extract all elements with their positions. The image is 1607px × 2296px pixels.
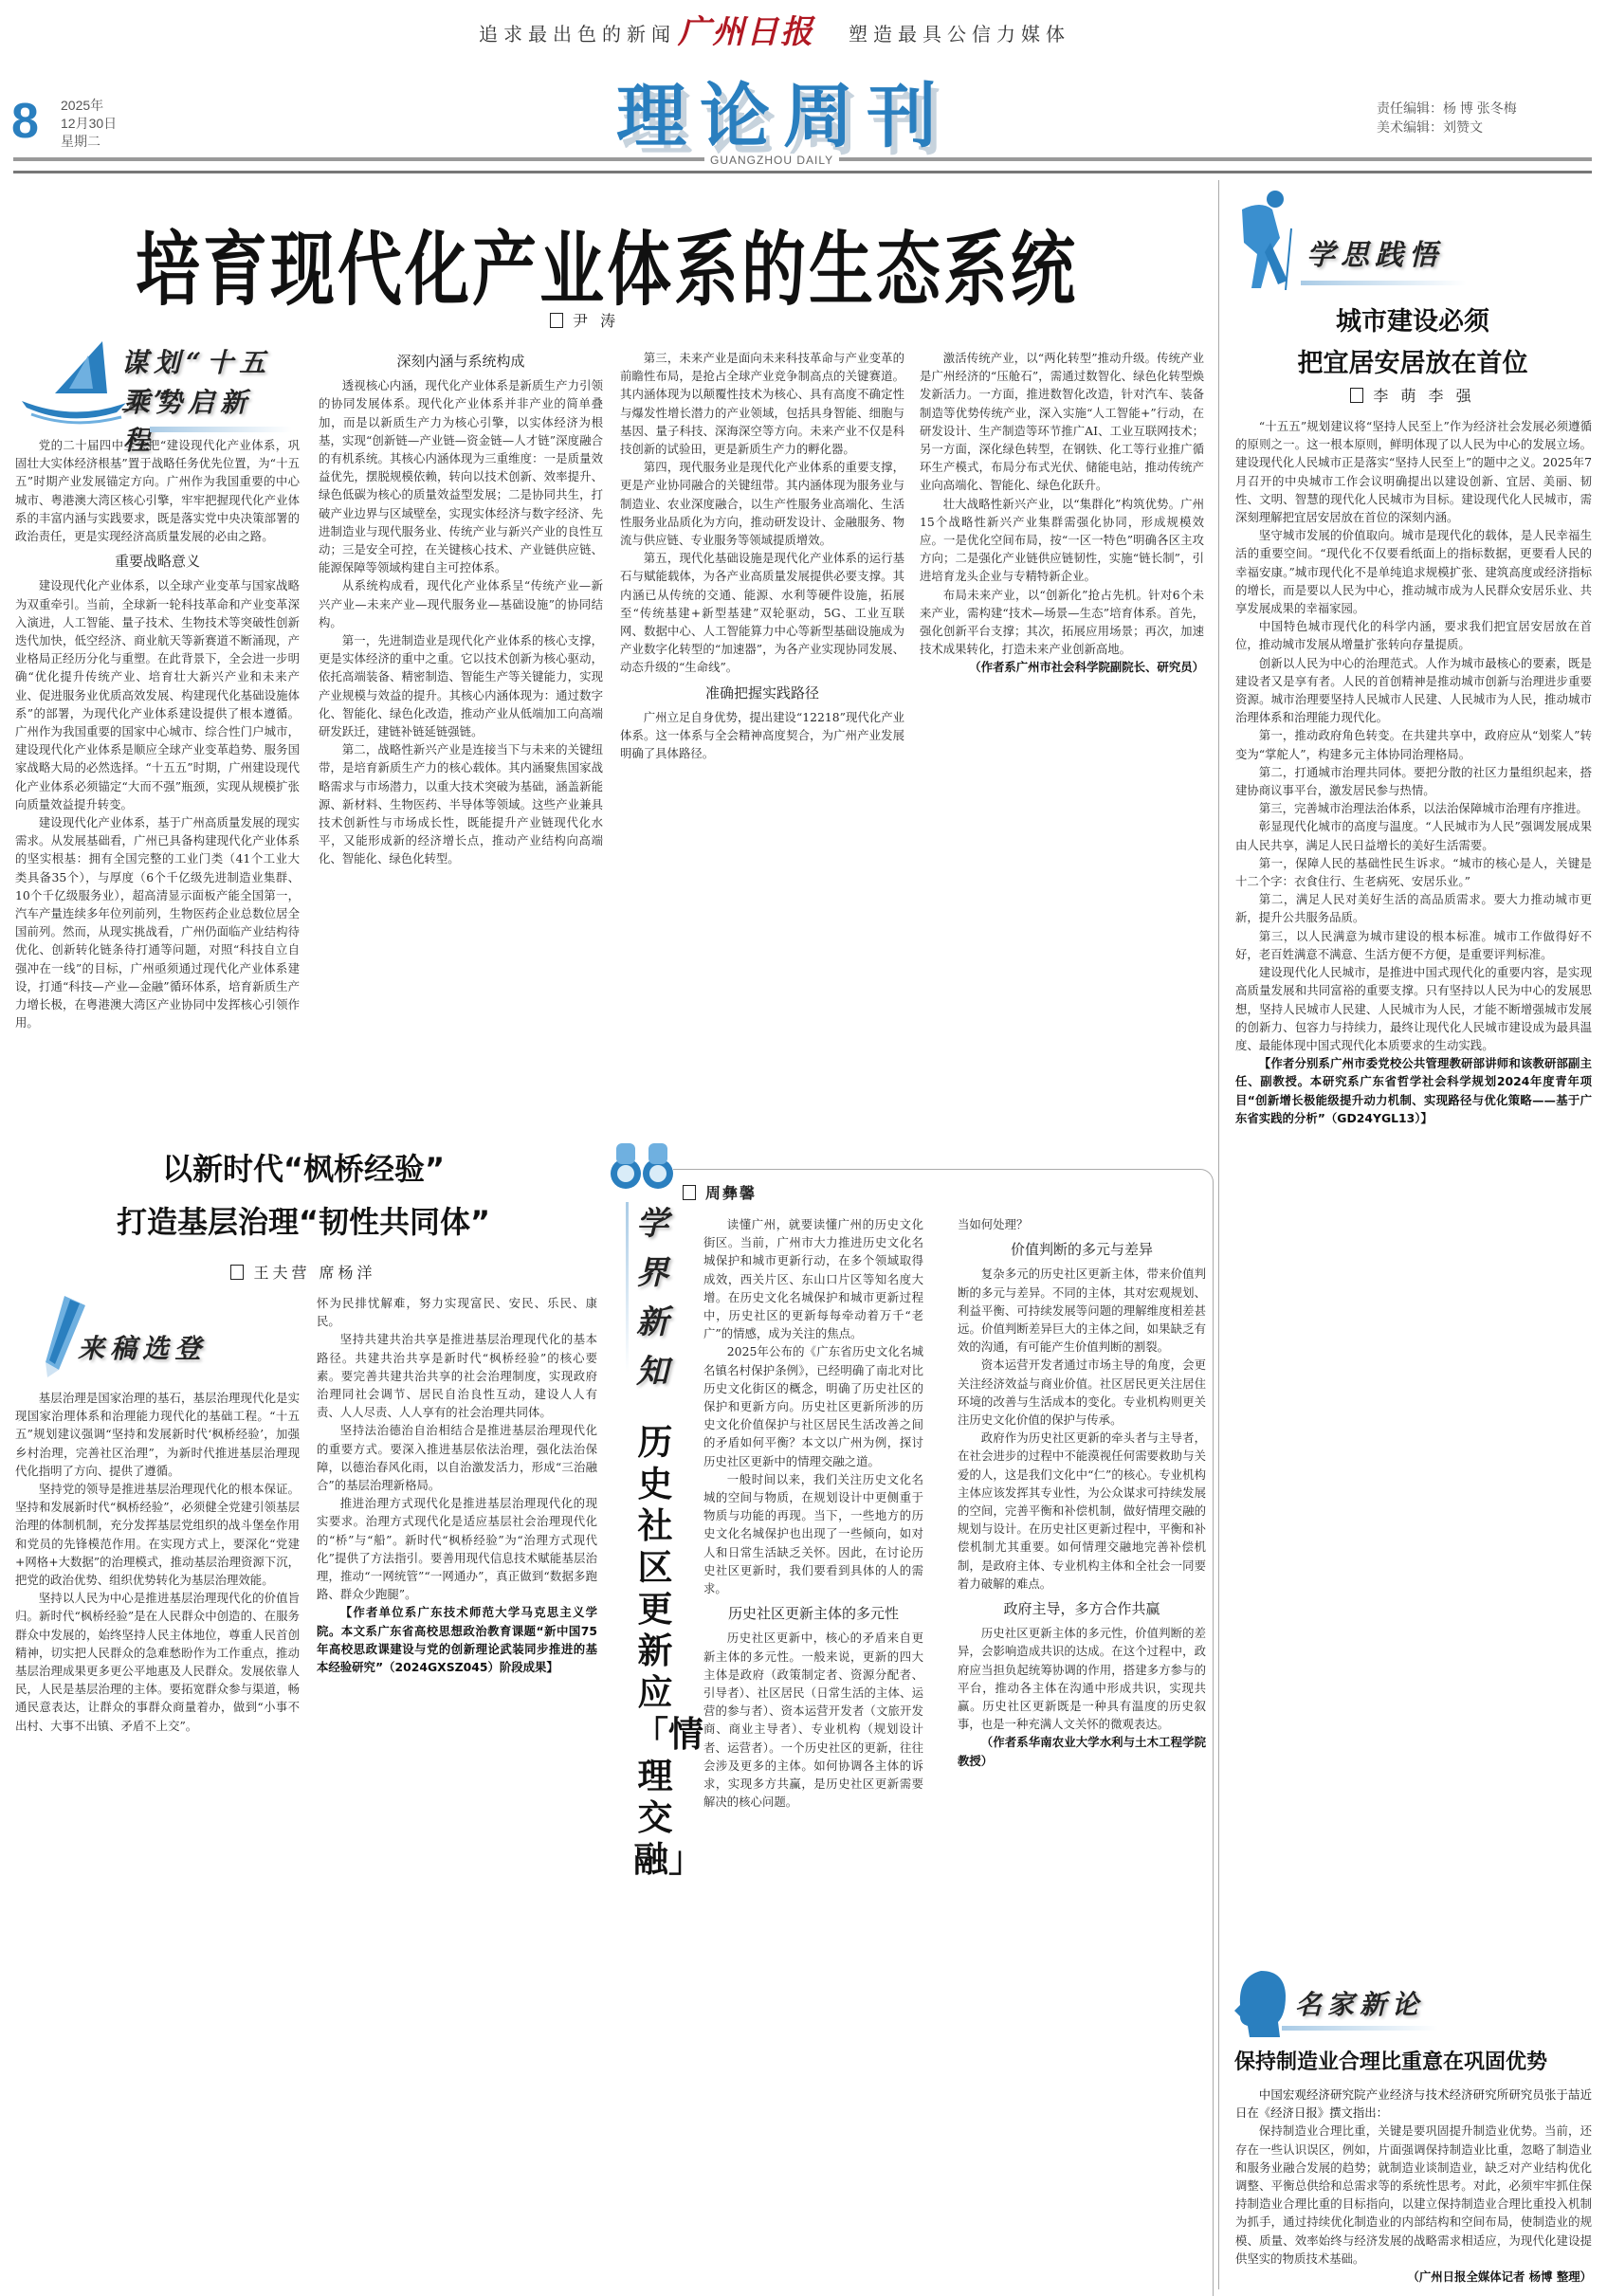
art-editor-line: 美术编辑：刘赞文 [1377,118,1517,137]
profile-head-icon [1233,1967,1289,2038]
hiker-icon [1233,186,1304,290]
paragraph: 坚守城市发展的价值取向。城市是现代化的载体，是人民幸福生活的重要空间。“现代化不… [1235,526,1592,617]
famous-headline: 保持制造业合理比重意在巩固优势 [1234,2046,1595,2075]
history-column-1: 读懂广州，就要读懂广州的历史文化街区。当前，广州市大力推进历史文化名城保护和城市… [703,1215,923,2296]
paragraph: 怀为民排忧解难，努力实现富民、安民、乐民、康民。 [317,1294,597,1330]
paragraph: 第三，以人民满意为城市建设的根本标准。城市工作做得好不好，老百姓满意不满意、生活… [1235,927,1592,963]
masthead-rule-lower [13,171,1592,173]
paragraph: 政府作为历史社区更新的牵头者与主导者，在社会进步的过程中不能漠视任何需要救助与关… [958,1429,1206,1593]
newspaper-logo: 广州日报 [678,6,814,52]
banner-underline [1301,281,1467,285]
editor-credits: 责任编辑：杨 博 张冬梅 美术编辑：刘赞文 [1377,99,1517,137]
section-title: 理论周刊 [616,61,950,161]
famous-article-body: 中国宏观经济研究院产业经济与技术经济研究所研究员张于喆近日在《经济日报》撰文指出… [1235,2086,1592,2294]
column-banner-pencil: 来稿选登 [38,1294,265,1379]
byline-box-icon [683,1185,696,1200]
author-note: 【作者单位系广东技术师范大学马克思主义学院。本文系广东省高校思想政治教育课题“新… [317,1603,597,1676]
right-article-body: “十五五”规划建议将“坚持人民至上”作为经济社会发展必须遵循的原则之一。这一根本… [1235,417,1592,1915]
history-byline: 周彝馨 [683,1181,757,1203]
paragraph: 彰显现代化城市的高度与温度。“人民城市为人民”强调发展成果由人民共享，满足人民日… [1235,817,1592,853]
paragraph: 建设现代化人民城市，是推进中国式现代化的重要内容，是实现高质量发展和共同富裕的重… [1235,963,1592,1054]
fengqiao-column-1: 基层治理是国家治理的基石，基层治理现代化是实现国家治理体系和治理能力现代化的基础… [15,1389,300,2294]
paragraph: 第五，现代化基础设施是现代化产业体系的运行基石与赋能载体，为各产业高质量发展提供… [620,549,904,676]
right-column-divider [1218,180,1219,2289]
date-day: 12月30日 [61,115,117,133]
paragraph: 党的二十届四中全会把“建设现代化产业体系，巩固壮大实体经济根基”置于战略任务优先… [15,436,300,545]
editor-credit: （广州日报全媒体记者 杨博 整理） [1235,2268,1592,2286]
fengqiao-column-2: 怀为民排忧解难，努力实现富民、安民、乐民、康民。 坚持共建共治共享是推进基层治理… [317,1294,597,2294]
paragraph: 坚持法治德治自治相结合是推进基层治理现代化的重要方式。要深入推进基层依法治理，强… [317,1421,597,1494]
main-headline: 培育现代化产业体系的生态系统 [38,207,1176,321]
paragraph: 第一，保障人民的基础性民生诉求。“城市的核心是人，关键是十二个字：衣食住行、生老… [1235,854,1592,890]
paragraph: 2025年公布的《广东省历史文化名城名镇名村保护条例》，已经明确了南北对比历史文… [703,1342,923,1469]
paragraph: “十五五”规划建议将“坚持人民至上”作为经济社会发展必须遵循的原则之一。这一根本… [1235,417,1592,526]
banner-underline [150,427,292,432]
paragraph: 第二，满足人民对美好生活的高品质需求。要大力推动城市更新，提升公共服务品质。 [1235,890,1592,926]
paragraph: 广州立足自身优势，提出建设“12218”现代化产业体系。这一体系与全会精神高度契… [620,708,904,763]
column-label: 名家新论 [1295,1984,1424,2022]
paragraph: 第二，战略性新兴产业是连接当下与未来的关键纽带，是培育新质生产力的核心载体。其内… [319,740,603,867]
banner-underline [1282,2026,1438,2031]
date-year: 2025年 [61,97,117,115]
author-note: （作者系广州市社会科学院副院长、研究员） [920,658,1204,676]
right-byline: 李 萌 李 强 [1233,384,1593,406]
paragraph: 第一，推动政府角色转变。在共建共享中，政府应从“划桨人”转变为“掌舵人”，构建多… [1235,726,1592,762]
author-note: 【作者分别系广州市委党校公共管理教研部讲师和该教研部副主任、副教授。本研究系广东… [1235,1054,1592,1127]
editor-line: 责任编辑：杨 博 张冬梅 [1377,99,1517,118]
history-author: 周彝馨 [705,1184,757,1202]
issue-date: 2025年 12月30日 星期二 [61,97,117,151]
slogan-right: 塑造最具公信力媒体 [849,19,1070,46]
right-headline: 城市建设必须 把宜居安居放在首位 [1233,301,1593,385]
column-banner-sailboat: 谋划“十五五” 乘势启新程 [17,337,283,431]
main-article-column-4: 激活传统产业，以“两化转型”推动升级。传统产业是广州经济的“压舱石”，需通过数智… [920,349,1204,1100]
paragraph: 透视核心内涵，现代化产业体系是新质生产力引领的协同发展体系。现代化产业体系并非产… [319,376,603,576]
paragraph: 第三，未来产业是面向未来科技革命与产业变革的前瞻性布局，是抢占全球产业竞争制高点… [620,349,904,458]
fengqiao-byline: 王夫营 席杨洋 [19,1261,588,1283]
binoculars-icon [609,1138,675,1194]
headline-line: 城市建设必须 [1233,301,1593,343]
paragraph: 一般时间以来，我们关注历史文化名城的空间与物质，在规划设计中更侧重于物质与功能的… [703,1470,923,1597]
byline-box-icon [550,313,563,328]
paragraph: 当如何处理？ [958,1215,1206,1233]
history-vertical-headline: 历史社区更新应「情理交融」 [633,1422,677,1881]
paragraph: 壮大战略性新兴产业，以“集群化”构筑优势。广州15个战略性新兴产业集群需强化协同… [920,495,1204,586]
main-article-column-1: 党的二十届四中全会把“建设现代化产业体系，巩固壮大实体经济根基”置于战略任务优先… [15,436,300,1100]
column-label: 来稿选登 [78,1328,207,1366]
main-byline: 尹 涛 [550,309,619,331]
fengqiao-author: 王夫营 席杨洋 [253,1264,375,1282]
paper-english-name: GUANGZHOU DAILY [704,154,839,167]
paragraph: 从系统构成看，现代化产业体系呈“传统产业—新兴产业—未来产业—现代服务业—基础设… [319,576,603,631]
paragraph: 第四，现代服务业是现代化产业体系的重要支撑，更是产业协同融合的关键纽带。其内涵体… [620,458,904,549]
page-number: 8 [11,93,39,150]
paragraph: 坚持共建共治共享是推进基层治理现代化的基本路径。共建共治共享是新时代“枫桥经验”… [317,1330,597,1421]
subheading: 历史社区更新主体的多元性 [703,1605,923,1623]
column-label-vertical: 学界新知 [630,1199,675,1396]
paragraph: 历史社区更新主体的多元性，价值判断的差异，会影响造成共识的达成。在这个过程中，政… [958,1624,1206,1733]
date-weekday: 星期二 [61,133,117,151]
subheading: 准确把握实践路径 [620,684,904,702]
paragraph: 读懂广州，就要读懂广州的历史文化街区。当前，广州市大力推进历史文化名城保护和城市… [703,1215,923,1342]
paragraph: 激活传统产业，以“两化转型”推动升级。传统产业是广州经济的“压舱石”，需通过数智… [920,349,1204,495]
paragraph: 第三，完善城市治理法治体系，以法治保障城市治理有序推进。 [1235,799,1592,817]
byline-box-icon [1350,388,1363,403]
main-article-column-2: 深刻内涵与系统构成 透视核心内涵，现代化产业体系是新质生产力引领的协同发展体系。… [319,349,603,1100]
paragraph: 第一，先进制造业是现代化产业体系的核心支撑，更是实体经济的重中之重。它以技术创新… [319,631,603,740]
right-author: 李 萌 李 强 [1373,387,1474,405]
column-banner-hiker: 学思践悟 [1233,186,1593,290]
paragraph: 推进治理方式现代化是推进基层治理现代化的现实要求。治理方式现代化是适应基层社会治… [317,1494,597,1603]
byline-box-icon [230,1265,244,1280]
history-column-2: 当如何处理？ 价值判断的多元与差异 复杂多元的历史社区更新主体，带来价值判断的多… [958,1215,1206,2296]
paragraph: 建设现代化产业体系，以全球产业变革与国家战略为双重牵引。当前，全球新一轮科技革命… [15,576,300,813]
fengqiao-headline: 以新时代“枫桥经验” 打造基层治理“韧性共同体” [19,1142,588,1248]
paragraph: 资本运营开发者通过市场主导的角度，会更关注经济效益与商业价值。社区居民更关注居住… [958,1356,1206,1429]
slogan-left: 追求最出色的新闻 [479,19,676,46]
headline-line: 把宜居安居放在首位 [1233,343,1593,385]
paragraph: 建设现代化产业体系，基于广州高质量发展的现实需求。从发展基础看，广州已具备构建现… [15,813,300,1031]
paragraph: 中国特色城市现代化的科学内涵，要求我们把宜居安居放在首位，推动城市发展从增量扩张… [1235,617,1592,653]
column-label: 学思践悟 [1306,231,1443,273]
subheading: 深刻内涵与系统构成 [319,353,603,371]
paragraph: 保持制造业合理比重，关键是要巩固提升制造业优势。当前，还存在一些认识误区，例如，… [1235,2122,1592,2268]
lead-paragraph: 中国宏观经济研究院产业经济与技术经济研究所研究员张于喆近日在《经济日报》撰文指出… [1235,2086,1592,2122]
paragraph: 第二，打通城市治理共同体。要把分散的社区力量组织起来，搭建协商议事平台，激发居民… [1235,763,1592,799]
subheading: 政府主导，多方合作共赢 [958,1600,1206,1618]
paragraph: 坚持党的领导是推进基层治理现代化的根本保证。坚持和发展新时代“枫桥经验”，必须健… [15,1480,300,1589]
paragraph: 布局未来产业，以“创新化”抢占先机。针对6个未来产业，需构建“技术—场景—生态”… [920,586,1204,659]
subheading: 重要战略意义 [15,553,300,571]
subheading: 价值判断的多元与差异 [958,1241,1206,1259]
headline-line: 以新时代“枫桥经验” [19,1142,588,1195]
main-article-column-3: 第三，未来产业是面向未来科技革命与产业变革的前瞻性布局，是抢占全球产业竞争制高点… [620,349,904,1100]
label-side-bar [626,1202,629,1373]
column-banner-profile: 名家新论 [1233,1967,1593,2038]
paragraph: 历史社区更新中，核心的矛盾来自更新主体的多元性。一般来说，更新的四大主体是政府（… [703,1629,923,1811]
headline-line: 打造基层治理“韧性共同体” [19,1195,588,1248]
paragraph: 基层治理是国家治理的基石，基层治理现代化是实现国家治理体系和治理能力现代化的基础… [15,1389,300,1480]
paragraph: 复杂多元的历史社区更新主体，带来价值判断的多元与差异。不同的主体，其对宏观规划、… [958,1265,1206,1356]
author-note: （作者系华南农业大学水利与土木工程学院教授） [958,1733,1206,1769]
paragraph: 坚持以人民为中心是推进基层治理现代化的价值旨归。新时代“枫桥经验”是在人民群众中… [15,1589,300,1735]
paragraph: 创新以人民为中心的治理范式。人作为城市最核心的要素，既是建设者又是享有者。人民的… [1235,654,1592,727]
main-author: 尹 涛 [573,312,619,330]
sailboat-icon [17,337,131,431]
